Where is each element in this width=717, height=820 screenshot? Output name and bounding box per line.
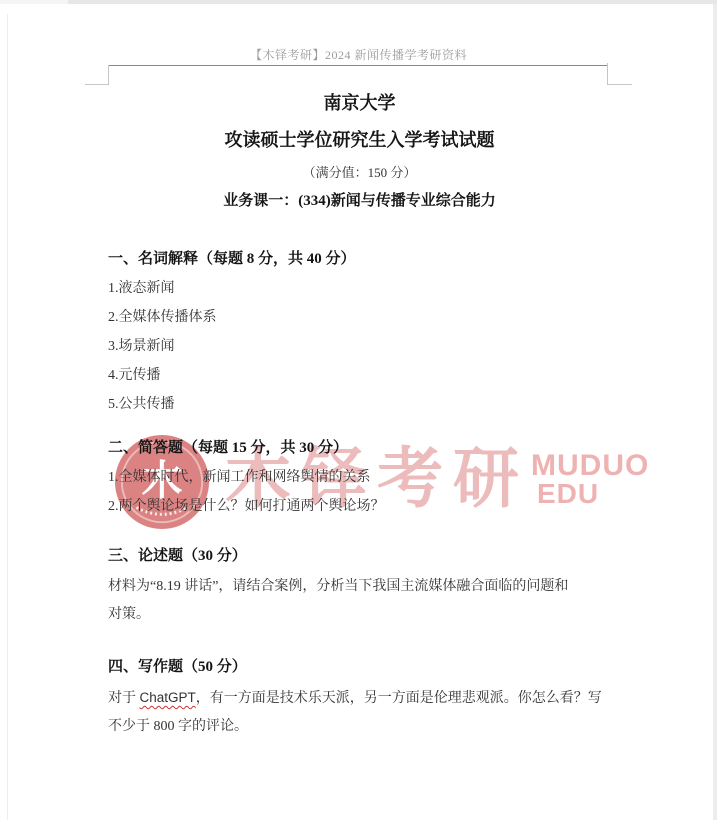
list-item: 4.元传播 — [108, 361, 611, 390]
paragraph-line: 材料为“8.19 讲话”，请结合案例，分析当下我国主流媒体融合面临的问题和 — [108, 579, 568, 594]
page-top-edge-notch — [0, 0, 68, 4]
list-item: 2.两个舆论场是什么？如何打通两个舆论场？ — [108, 492, 611, 521]
page-left-edge — [7, 14, 8, 820]
section-3-paragraph: 材料为“8.19 讲话”，请结合案例，分析当下我国主流媒体融合面临的问题和 对策… — [108, 573, 611, 629]
section-1-items: 1.液态新闻 2.全媒体传播体系 3.场景新闻 4.元传播 5.公共传播 — [108, 274, 611, 419]
university-title: 南京大学 — [108, 93, 611, 113]
section-2-heading: 二、简答题（每题 15 分，共 30 分） — [108, 439, 611, 457]
section-2-items: 1.全媒体时代，新闻工作和网络舆情的关系 2.两个舆论场是什么？如何打通两个舆论… — [108, 463, 611, 521]
section-3-heading: 三、论述题（30 分） — [108, 547, 611, 565]
course-title: 业务课一：(334)新闻与传播专业综合能力 — [108, 192, 611, 210]
exam-document-page: 【木铎考研】2024 新闻传播学考研资料 木 木铎考研 MUDUO EDU 南京… — [0, 0, 717, 820]
list-item: 3.场景新闻 — [108, 332, 611, 361]
paragraph-line: 对策。 — [108, 607, 150, 622]
paragraph-line: 不少于 800 字的评论。 — [108, 719, 248, 734]
section-4-paragraph: 对于 ChatGPT，有一方面是技术乐天派，另一方面是伦理悲观派。你怎么看？写 … — [108, 684, 611, 741]
page-right-edge — [713, 4, 717, 820]
section-4-heading: 四、写作题（50 分） — [108, 658, 611, 676]
paragraph-text: ，有一方面是技术乐天派，另一方面是伦理悲观派。你怎么看？写 — [196, 691, 602, 706]
text-boundary-mark — [85, 84, 108, 85]
paragraph-text: 对于 — [108, 691, 140, 706]
document-content: 南京大学 攻读硕士学位研究生入学考试试题 （满分值：150 分） 业务课一：(3… — [108, 0, 611, 741]
list-item: 2.全媒体传播体系 — [108, 303, 611, 332]
list-item: 1.全媒体时代，新闻工作和网络舆情的关系 — [108, 463, 611, 492]
score-note: （满分值：150 分） — [108, 165, 611, 181]
exam-title: 攻读硕士学位研究生入学考试试题 — [108, 129, 611, 151]
list-item: 1.液态新闻 — [108, 274, 611, 303]
section-1-heading: 一、名词解释（每题 8 分，共 40 分） — [108, 250, 611, 268]
chatgpt-term: ChatGPT — [140, 690, 196, 705]
list-item: 5.公共传播 — [108, 390, 611, 419]
